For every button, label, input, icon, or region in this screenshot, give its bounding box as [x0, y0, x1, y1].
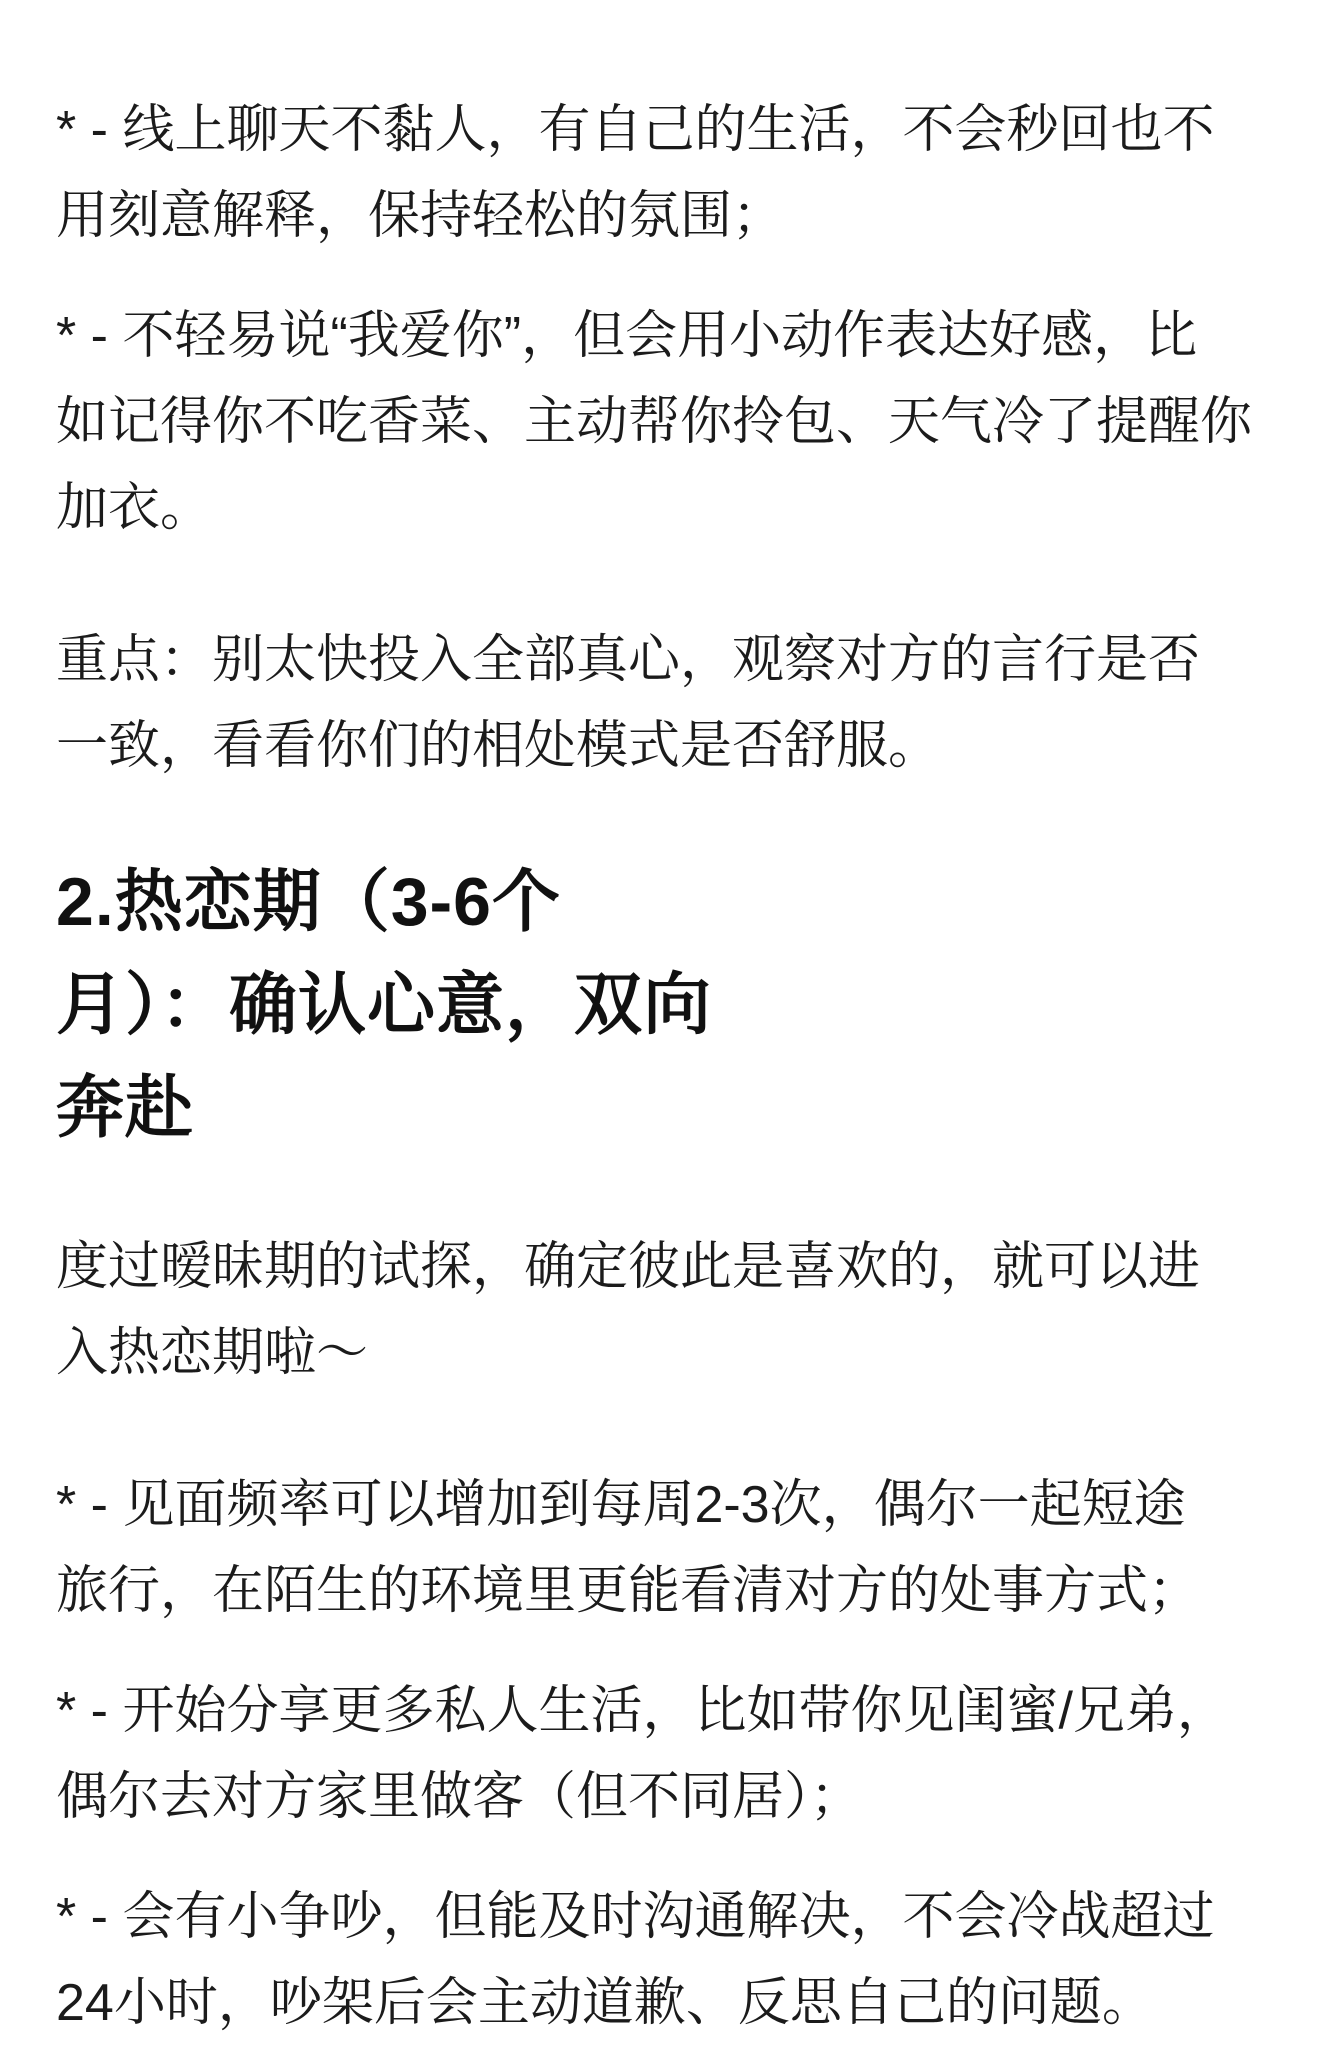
page: { "page": { "background": "#ffffff", "te…: [0, 0, 1320, 2053]
text-line: * - 开始分享更多私人生活，比如带你见闺蜜/兄弟，: [56, 1668, 1270, 1754]
text-line: 加衣。: [56, 465, 1270, 551]
heading-line: 2.热恋期（3-6个: [56, 851, 1270, 954]
text-line: * - 不轻易说“我爱你”，但会用小动作表达好感，比: [56, 293, 1270, 379]
text-line: 偶尔去对方家里做客（但不同居）；: [56, 1754, 1270, 1840]
text-line: 入热恋期啦～: [56, 1310, 1270, 1396]
text-line: * - 线上聊天不黏人，有自己的生活，不会秒回也不: [56, 87, 1270, 173]
bullet-item: * - 线上聊天不黏人，有自己的生活，不会秒回也不 用刻意解释，保持轻松的氛围；: [56, 87, 1270, 259]
bullet-item: * - 开始分享更多私人生活，比如带你见闺蜜/兄弟， 偶尔去对方家里做客（但不同…: [56, 1668, 1270, 1840]
text-line: 用刻意解释，保持轻松的氛围；: [56, 173, 1270, 259]
text-line: 24小时，吵架后会主动道歉、反思自己的问题。: [56, 1960, 1270, 2046]
bullet-item: * - 见面频率可以增加到每周2-3次，偶尔一起短途 旅行，在陌生的环境里更能看…: [56, 1462, 1270, 1634]
section-heading: 2.热恋期（3-6个 月）：确认心意，双向 奔赴: [56, 851, 1270, 1160]
text-line: * - 见面频率可以增加到每周2-3次，偶尔一起短途: [56, 1462, 1270, 1548]
text-line: 如记得你不吃香菜、主动帮你拎包、天气冷了提醒你: [56, 379, 1270, 465]
content-area: * - 线上聊天不黏人，有自己的生活，不会秒回也不 用刻意解释，保持轻松的氛围；…: [0, 0, 1320, 2046]
heading-line: 月）：确认心意，双向: [56, 954, 1270, 1057]
key-point-paragraph: 重点：别太快投入全部真心，观察对方的言行是否 一致，看看你们的相处模式是否舒服。: [56, 617, 1270, 789]
bullet-item: * - 会有小争吵，但能及时沟通解决，不会冷战超过 24小时，吵架后会主动道歉、…: [56, 1874, 1270, 2046]
text-line: 重点：别太快投入全部真心，观察对方的言行是否: [56, 617, 1270, 703]
text-line: * - 会有小争吵，但能及时沟通解决，不会冷战超过: [56, 1874, 1270, 1960]
intro-paragraph: 度过暧昧期的试探，确定彼此是喜欢的，就可以进 入热恋期啦～: [56, 1224, 1270, 1396]
heading-line: 奔赴: [56, 1057, 1270, 1160]
bullet-item: * - 不轻易说“我爱你”，但会用小动作表达好感，比 如记得你不吃香菜、主动帮你…: [56, 293, 1270, 551]
text-line: 度过暧昧期的试探，确定彼此是喜欢的，就可以进: [56, 1224, 1270, 1310]
text-line: 一致，看看你们的相处模式是否舒服。: [56, 703, 1270, 789]
text-line: 旅行，在陌生的环境里更能看清对方的处事方式；: [56, 1548, 1270, 1634]
